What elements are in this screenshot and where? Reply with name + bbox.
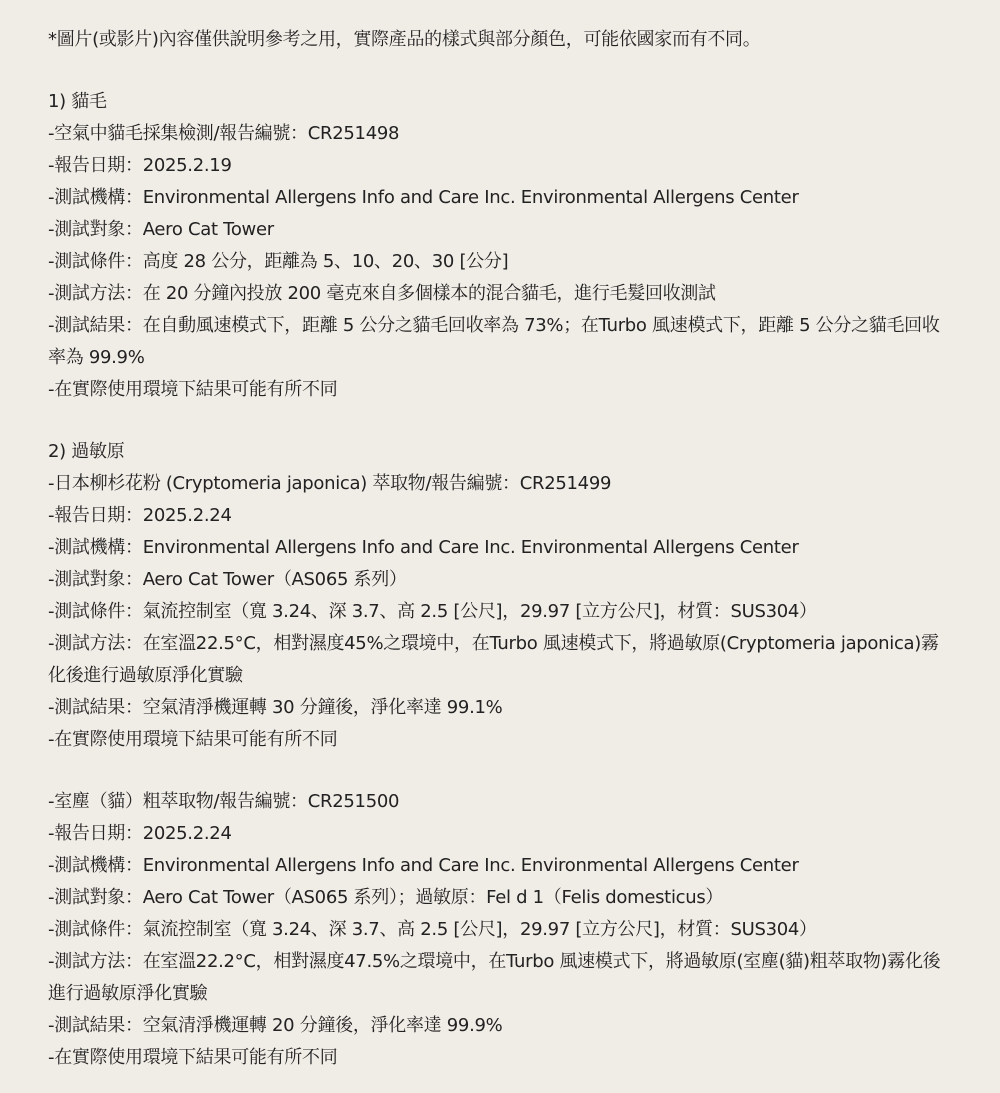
results-may-vary-note: -在實際使用環境下結果可能有所不同	[48, 724, 953, 756]
test-conditions: -測試條件：氣流控制室（寬 3.24、深 3.7、高 2.5 [公尺]，29.9…	[48, 596, 953, 628]
test-result: -測試結果：空氣清淨機運轉 20 分鐘後，淨化率達 99.9%	[48, 1010, 953, 1042]
test-result: -測試結果：在自動風速模式下，距離 5 公分之貓毛回收率為 73%；在Turbo…	[48, 310, 953, 374]
report-number: -空氣中貓毛採集檢測/報告編號：CR251498	[48, 118, 953, 150]
report-date: -報告日期：2025.2.19	[48, 150, 953, 182]
section-spacer	[48, 756, 960, 786]
test-method: -測試方法：在室溫22.2°C，相對濕度47.5%之環境中，在Turbo 風速模…	[48, 946, 953, 1010]
test-method: -測試方法：在 20 分鐘內投放 200 毫克來自多個樣本的混合貓毛，進行毛髮回…	[48, 278, 953, 310]
section-spacer	[48, 406, 960, 436]
results-may-vary-note: -在實際使用環境下結果可能有所不同	[48, 374, 953, 406]
report-number: -室塵（貓）粗萃取物/報告編號：CR251500	[48, 786, 953, 818]
report-number: -日本柳杉花粉 (Cryptomeria japonica) 萃取物/報告編號：…	[48, 468, 953, 500]
test-result: -測試結果：空氣清淨機運轉 30 分鐘後，淨化率達 99.1%	[48, 692, 953, 724]
report-date: -報告日期：2025.2.24	[48, 500, 953, 532]
test-institution: -測試機構：Environmental Allergens Info and C…	[48, 532, 953, 564]
test-subject: -測試對象：Aero Cat Tower（AS065 系列）	[48, 564, 953, 596]
test-institution: -測試機構：Environmental Allergens Info and C…	[48, 182, 953, 214]
section-allergen-pollen: 2) 過敏原 -日本柳杉花粉 (Cryptomeria japonica) 萃取…	[48, 436, 960, 756]
section-allergen-house-dust-cat: -室塵（貓）粗萃取物/報告編號：CR251500 -報告日期：2025.2.24…	[48, 786, 960, 1074]
section-heading: 1) 貓毛	[48, 86, 953, 118]
test-subject: -測試對象：Aero Cat Tower（AS065 系列）；過敏原：Fel d…	[48, 882, 953, 914]
section-heading: 2) 過敏原	[48, 436, 953, 468]
test-conditions: -測試條件：氣流控制室（寬 3.24、深 3.7、高 2.5 [公尺]，29.9…	[48, 914, 953, 946]
disclaimer-document: *圖片(或影片)內容僅供說明參考之用，實際產品的樣式與部分顏色，可能依國家而有不…	[0, 0, 1000, 1074]
report-date: -報告日期：2025.2.24	[48, 818, 953, 850]
test-subject: -測試對象：Aero Cat Tower	[48, 214, 953, 246]
test-conditions: -測試條件：高度 28 公分，距離為 5、10、20、30 [公分]	[48, 246, 953, 278]
test-institution: -測試機構：Environmental Allergens Info and C…	[48, 850, 953, 882]
results-may-vary-note: -在實際使用環境下結果可能有所不同	[48, 1042, 953, 1074]
image-disclaimer: *圖片(或影片)內容僅供說明參考之用，實際產品的樣式與部分顏色，可能依國家而有不…	[48, 24, 953, 56]
test-method: -測試方法：在室溫22.5°C，相對濕度45%之環境中，在Turbo 風速模式下…	[48, 628, 953, 692]
section-cat-hair: 1) 貓毛 -空氣中貓毛採集檢測/報告編號：CR251498 -報告日期：202…	[48, 86, 960, 406]
